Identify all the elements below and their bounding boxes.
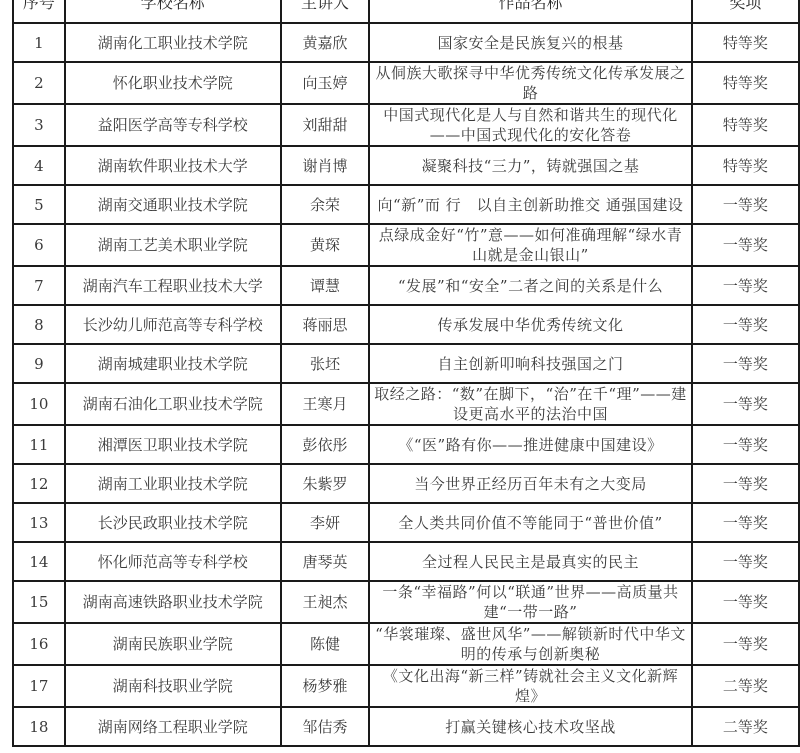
table-row: 9湖南城建职业技术学院张坯自主创新叩响科技强国之门一等奖 [13, 344, 799, 383]
award-level: 二等奖 [692, 707, 799, 746]
speaker-name: 朱紫罗 [281, 464, 369, 503]
speaker-name: 邹佶秀 [281, 707, 369, 746]
table-row: 2怀化职业技术学院向玉婷从侗族大歌探寻中华优秀传统文化传承发展之路特等奖 [13, 62, 799, 104]
row-number: 1 [13, 23, 65, 62]
school-name: 湖南化工职业技术学院 [65, 23, 281, 62]
school-name: 怀化师范高等专科学校 [65, 542, 281, 581]
awards-table: 序号 学校名称 主讲人 作品名称 奖项 1湖南化工职业技术学院黄嘉欣国家安全是民… [12, 0, 800, 747]
work-title: 国家安全是民族复兴的根基 [369, 23, 692, 62]
table-header-row: 序号 学校名称 主讲人 作品名称 奖项 [13, 0, 799, 23]
work-title: 中国式现代化是人与自然和谐共生的现代化——中国式现代化的安化答卷 [369, 104, 692, 146]
school-name: 湖南工艺美术职业学院 [65, 224, 281, 266]
speaker-name: 黄琛 [281, 224, 369, 266]
table-body: 1湖南化工职业技术学院黄嘉欣国家安全是民族复兴的根基特等奖2怀化职业技术学院向玉… [13, 23, 799, 746]
table-row: 14怀化师范高等专科学校唐琴英全过程人民民主是最真实的民主一等奖 [13, 542, 799, 581]
award-level: 一等奖 [692, 344, 799, 383]
speaker-name: 王昶杰 [281, 581, 369, 623]
speaker-name: 谢肖博 [281, 146, 369, 185]
row-number: 11 [13, 425, 65, 464]
speaker-name: 李妍 [281, 503, 369, 542]
header-speaker: 主讲人 [281, 0, 369, 23]
table-row: 13长沙民政职业技术学院李妍全人类共同价值不等能同于“普世价值”一等奖 [13, 503, 799, 542]
speaker-name: 余荣 [281, 185, 369, 224]
table-row: 10湖南石油化工职业技术学院王寒月取经之路：“数”在脚下，“治”在千“理”——建… [13, 383, 799, 425]
work-title: 《“医”路有你——推进健康中国建设》 [369, 425, 692, 464]
row-number: 5 [13, 185, 65, 224]
header-award: 奖项 [692, 0, 799, 23]
award-level: 一等奖 [692, 542, 799, 581]
school-name: 湖南城建职业技术学院 [65, 344, 281, 383]
speaker-name: 陈健 [281, 623, 369, 665]
award-level: 一等奖 [692, 623, 799, 665]
row-number: 7 [13, 266, 65, 305]
table-row: 17湖南科技职业学院杨梦雅《文化出海“新三样”铸就社会主义文化新辉煌》二等奖 [13, 665, 799, 707]
work-title: 从侗族大歌探寻中华优秀传统文化传承发展之路 [369, 62, 692, 104]
row-number: 3 [13, 104, 65, 146]
work-title: 凝聚科技“三力”，铸就强国之基 [369, 146, 692, 185]
award-level: 一等奖 [692, 383, 799, 425]
table-row: 4湖南软件职业技术大学谢肖博凝聚科技“三力”，铸就强国之基特等奖 [13, 146, 799, 185]
row-number: 9 [13, 344, 65, 383]
speaker-name: 蒋丽思 [281, 305, 369, 344]
school-name: 怀化职业技术学院 [65, 62, 281, 104]
work-title: 取经之路：“数”在脚下，“治”在千“理”——建设更高水平的法治中国 [369, 383, 692, 425]
school-name: 长沙民政职业技术学院 [65, 503, 281, 542]
school-name: 湖南网络工程职业学院 [65, 707, 281, 746]
award-level: 特等奖 [692, 62, 799, 104]
row-number: 4 [13, 146, 65, 185]
header-work-title: 作品名称 [369, 0, 692, 23]
work-title: 全人类共同价值不等能同于“普世价值” [369, 503, 692, 542]
school-name: 益阳医学高等专科学校 [65, 104, 281, 146]
table-row: 5湖南交通职业技术学院余荣向“新”而 行 以自主创新助推交 通强国建设一等奖 [13, 185, 799, 224]
work-title: 全过程人民民主是最真实的民主 [369, 542, 692, 581]
speaker-name: 王寒月 [281, 383, 369, 425]
award-level: 一等奖 [692, 185, 799, 224]
work-title: 打赢关键核心技术攻坚战 [369, 707, 692, 746]
table-row: 18湖南网络工程职业学院邹佶秀打赢关键核心技术攻坚战二等奖 [13, 707, 799, 746]
row-number: 14 [13, 542, 65, 581]
work-title: 点绿成金好“竹”意——如何准确理解“绿水青山就是金山银山” [369, 224, 692, 266]
school-name: 湖南高速铁路职业技术学院 [65, 581, 281, 623]
row-number: 6 [13, 224, 65, 266]
work-title: 自主创新叩响科技强国之门 [369, 344, 692, 383]
school-name: 湖南工业职业技术学院 [65, 464, 281, 503]
school-name: 湖南民族职业学院 [65, 623, 281, 665]
work-title: 一条“幸福路”何以“联通”世界——高质量共建“一带一路” [369, 581, 692, 623]
work-title: 向“新”而 行 以自主创新助推交 通强国建设 [369, 185, 692, 224]
table-row: 7湖南汽车工程职业技术大学谭慧“发展”和“安全”二者之间的关系是什么一等奖 [13, 266, 799, 305]
row-number: 13 [13, 503, 65, 542]
work-title: 传承发展中华优秀传统文化 [369, 305, 692, 344]
header-number: 序号 [13, 0, 65, 23]
award-level: 一等奖 [692, 425, 799, 464]
speaker-name: 杨梦雅 [281, 665, 369, 707]
award-level: 一等奖 [692, 266, 799, 305]
award-level: 一等奖 [692, 224, 799, 266]
table-row: 3益阳医学高等专科学校刘甜甜中国式现代化是人与自然和谐共生的现代化——中国式现代… [13, 104, 799, 146]
speaker-name: 黄嘉欣 [281, 23, 369, 62]
speaker-name: 唐琴英 [281, 542, 369, 581]
school-name: 湖南交通职业技术学院 [65, 185, 281, 224]
table-row: 8长沙幼儿师范高等专科学校蒋丽思传承发展中华优秀传统文化一等奖 [13, 305, 799, 344]
work-title: 当今世界正经历百年未有之大变局 [369, 464, 692, 503]
row-number: 18 [13, 707, 65, 746]
award-level: 特等奖 [692, 23, 799, 62]
award-level: 一等奖 [692, 464, 799, 503]
award-level: 特等奖 [692, 104, 799, 146]
award-level: 一等奖 [692, 503, 799, 542]
school-name: 长沙幼儿师范高等专科学校 [65, 305, 281, 344]
table-row: 16湖南民族职业学院陈健“华裳璀璨、盛世风华”——解锁新时代中华文明的传承与创新… [13, 623, 799, 665]
table-row: 1湖南化工职业技术学院黄嘉欣国家安全是民族复兴的根基特等奖 [13, 23, 799, 62]
row-number: 8 [13, 305, 65, 344]
work-title: “发展”和“安全”二者之间的关系是什么 [369, 266, 692, 305]
speaker-name: 向玉婷 [281, 62, 369, 104]
school-name: 湖南汽车工程职业技术大学 [65, 266, 281, 305]
table-row: 15湖南高速铁路职业技术学院王昶杰一条“幸福路”何以“联通”世界——高质量共建“… [13, 581, 799, 623]
speaker-name: 彭依彤 [281, 425, 369, 464]
speaker-name: 张坯 [281, 344, 369, 383]
table-row: 11湘潭医卫职业技术学院彭依彤《“医”路有你——推进健康中国建设》一等奖 [13, 425, 799, 464]
row-number: 12 [13, 464, 65, 503]
header-school: 学校名称 [65, 0, 281, 23]
award-level: 特等奖 [692, 146, 799, 185]
row-number: 10 [13, 383, 65, 425]
award-level: 二等奖 [692, 665, 799, 707]
speaker-name: 谭慧 [281, 266, 369, 305]
table-row: 12湖南工业职业技术学院朱紫罗当今世界正经历百年未有之大变局一等奖 [13, 464, 799, 503]
table-row: 6湖南工艺美术职业学院黄琛点绿成金好“竹”意——如何准确理解“绿水青山就是金山银… [13, 224, 799, 266]
speaker-name: 刘甜甜 [281, 104, 369, 146]
row-number: 17 [13, 665, 65, 707]
row-number: 2 [13, 62, 65, 104]
school-name: 湖南软件职业技术大学 [65, 146, 281, 185]
row-number: 15 [13, 581, 65, 623]
school-name: 湖南科技职业学院 [65, 665, 281, 707]
row-number: 16 [13, 623, 65, 665]
school-name: 湘潭医卫职业技术学院 [65, 425, 281, 464]
school-name: 湖南石油化工职业技术学院 [65, 383, 281, 425]
award-level: 一等奖 [692, 581, 799, 623]
work-title: 《文化出海“新三样”铸就社会主义文化新辉煌》 [369, 665, 692, 707]
work-title: “华裳璀璨、盛世风华”——解锁新时代中华文明的传承与创新奥秘 [369, 623, 692, 665]
award-level: 一等奖 [692, 305, 799, 344]
